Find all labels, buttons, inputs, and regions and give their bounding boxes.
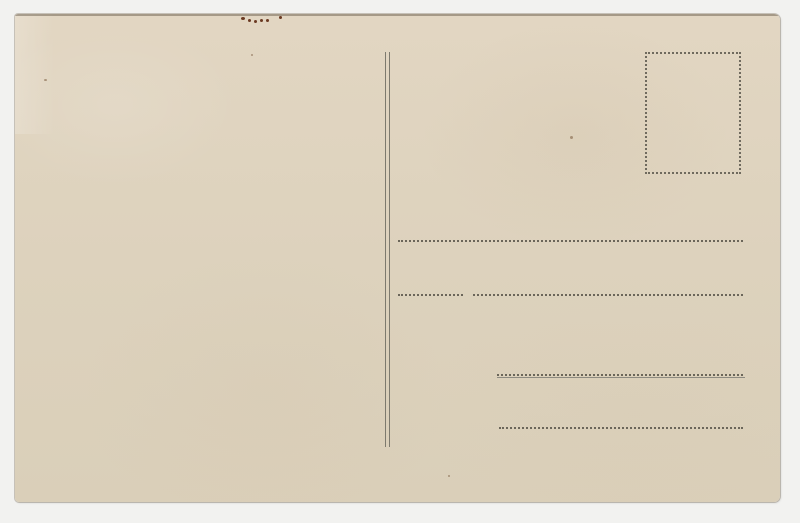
- address-line-1: [398, 240, 743, 242]
- center-divider-line: [385, 52, 390, 447]
- stamp-box: [645, 52, 741, 174]
- foxing-spot: [44, 79, 47, 81]
- address-line-2-long: [473, 294, 743, 296]
- ink-mark: [254, 20, 257, 23]
- address-line-4: [499, 427, 743, 429]
- address-line-3: [497, 374, 743, 376]
- ink-mark: [241, 17, 245, 20]
- foxing-spot: [251, 54, 253, 56]
- scan-background: [0, 0, 800, 523]
- ink-mark: [248, 19, 251, 22]
- address-line-3-underline: [497, 377, 745, 378]
- ink-mark: [266, 19, 269, 22]
- card-top-edge: [15, 14, 780, 16]
- ink-mark: [260, 19, 263, 22]
- address-line-2-short: [398, 294, 463, 296]
- postcard: [15, 14, 780, 502]
- foxing-spot: [448, 475, 450, 477]
- ink-mark: [279, 16, 282, 19]
- foxing-spot: [570, 136, 573, 139]
